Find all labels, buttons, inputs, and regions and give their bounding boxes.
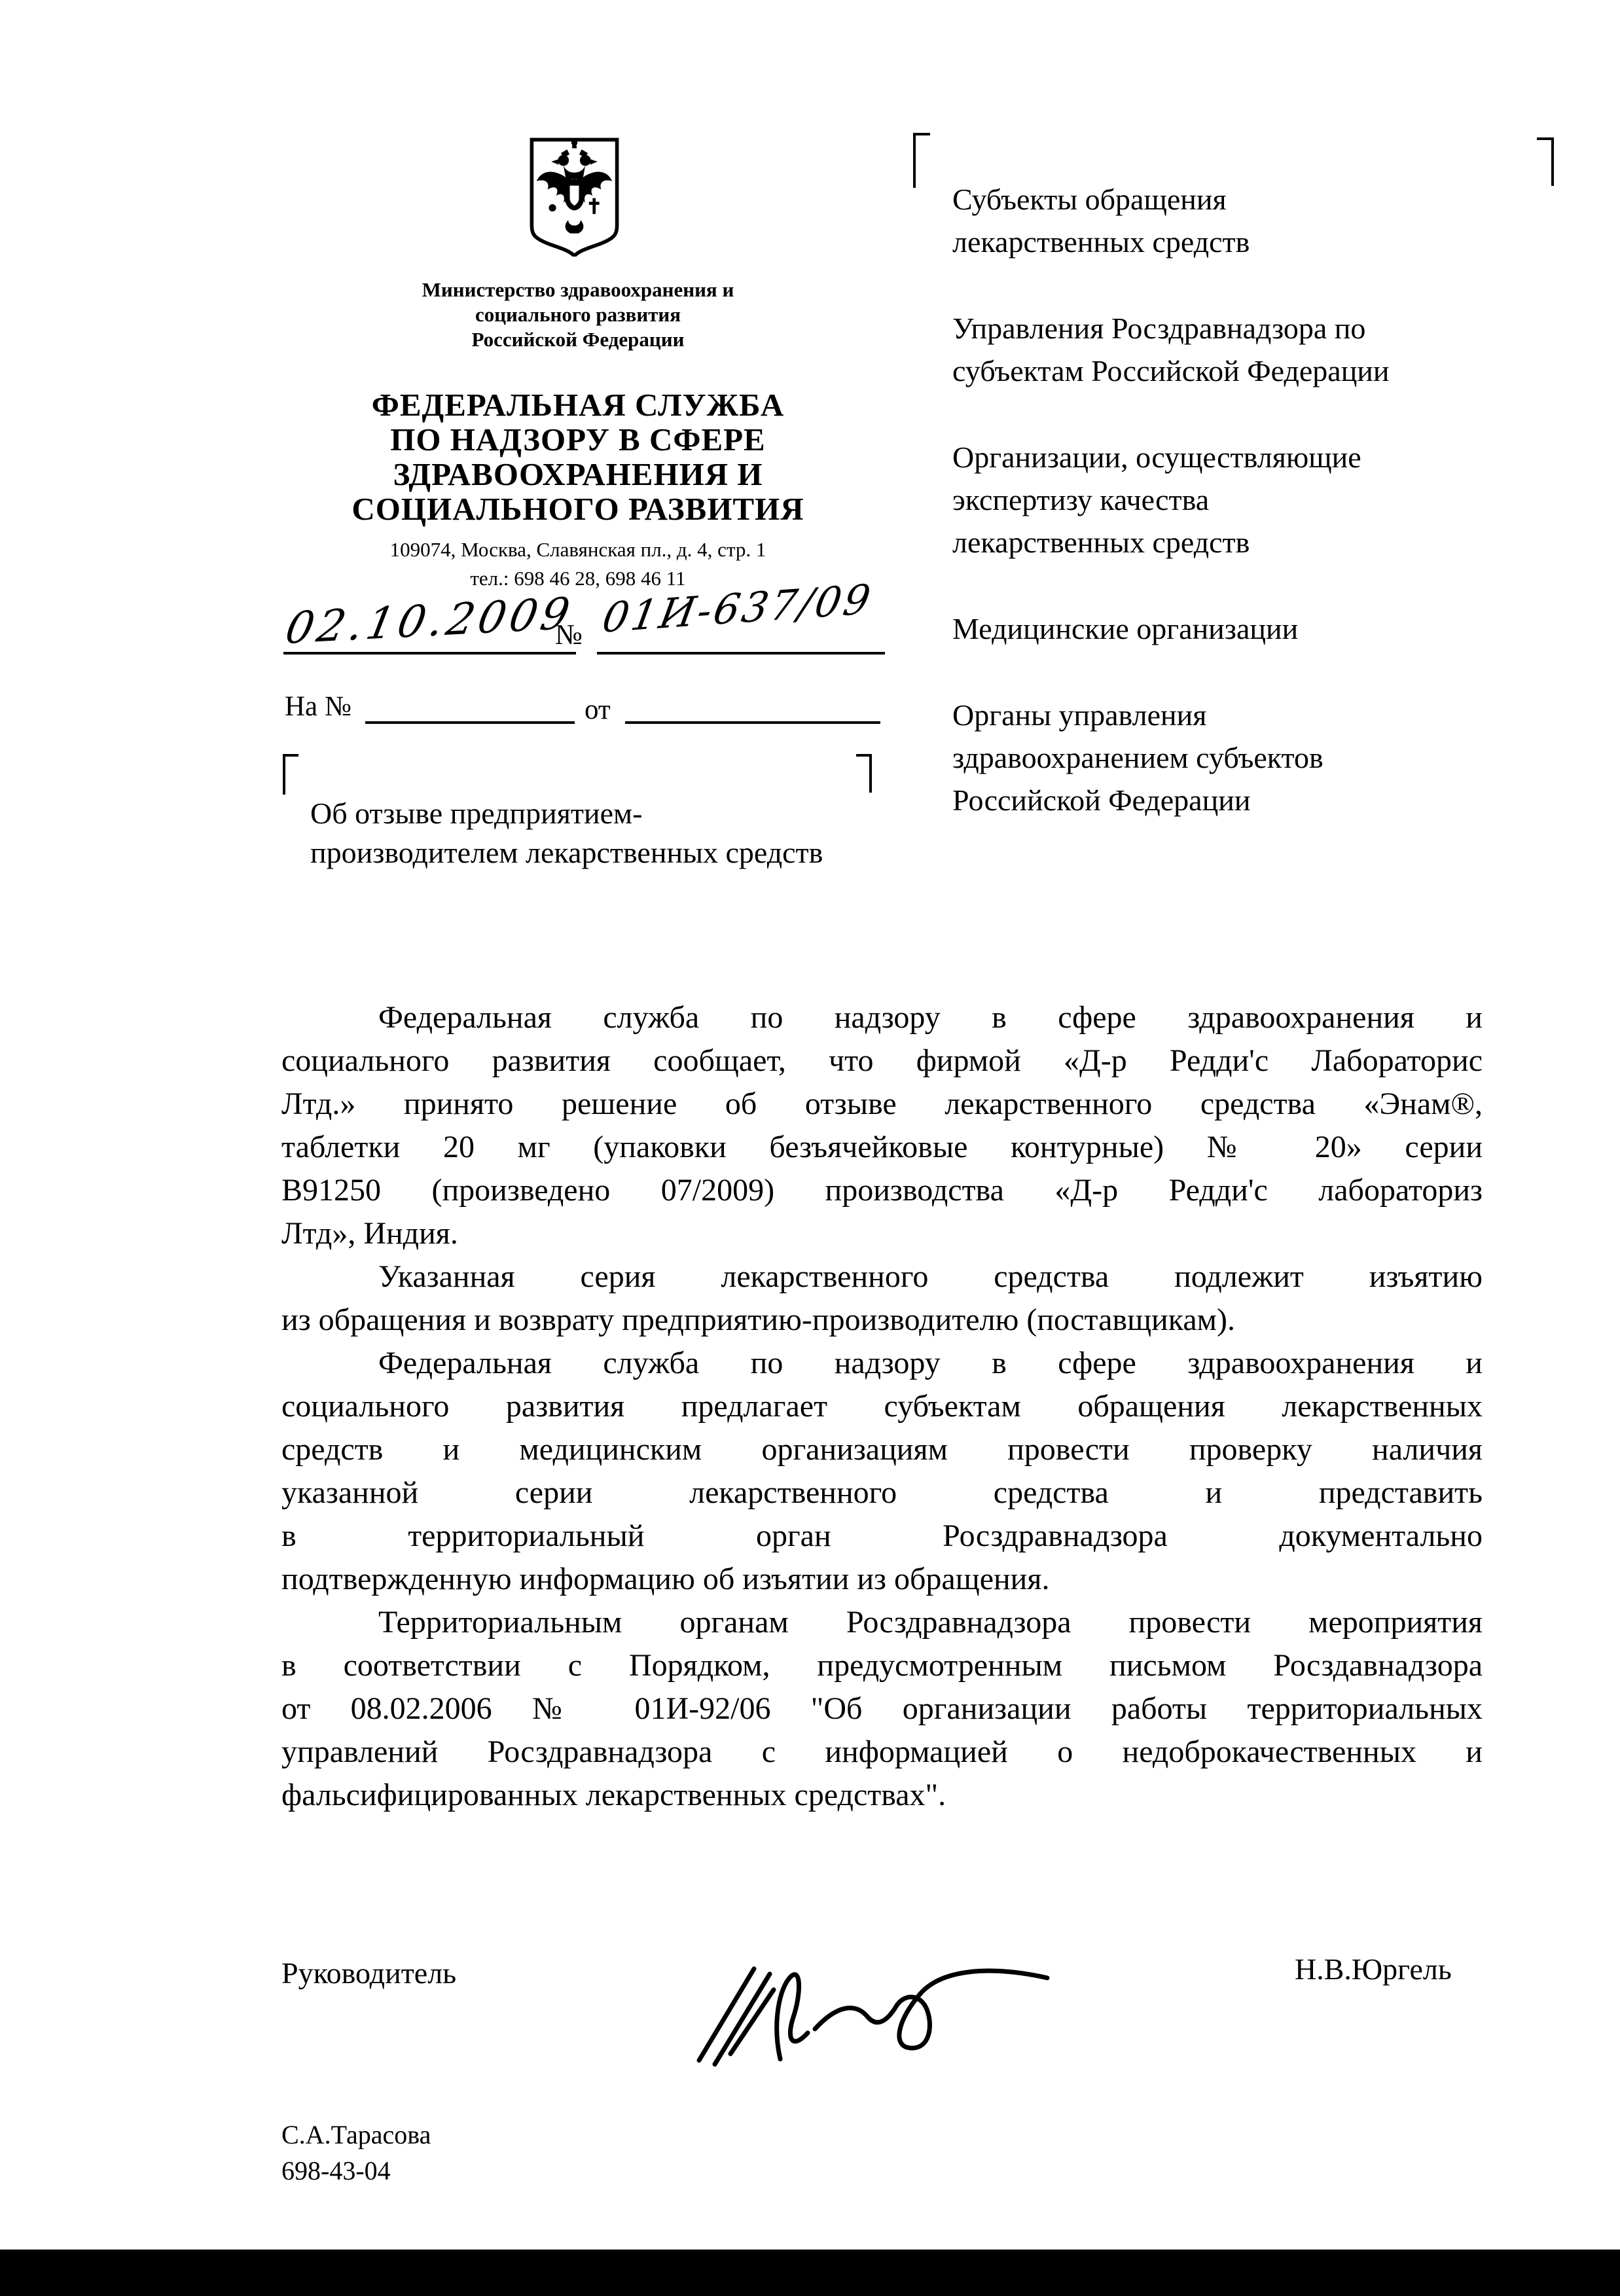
- recipient-block: Органы управленияздравоохранением субъек…: [952, 694, 1541, 821]
- letter-body: Федеральная служба по надзору в сфере зд…: [281, 996, 1483, 1817]
- reply-from-label: от: [585, 694, 611, 726]
- body-line: социального развития предлагает субъекта…: [281, 1385, 1483, 1428]
- recipient-block: Субъекты обращениялекарственных средств: [952, 178, 1541, 263]
- subject-corner-bracket-right-icon: [856, 754, 872, 793]
- body-line: в соответствии с Порядком, предусмотренн…: [281, 1644, 1483, 1687]
- recipient-line: лекарственных средств: [952, 221, 1541, 263]
- body-line: указанной серии лекарственного средства …: [281, 1471, 1483, 1515]
- scanned-letter-page: Министерство здравоохранения исоциальног…: [0, 0, 1620, 2296]
- body-line: социального развития сообщает, что фирмо…: [281, 1039, 1483, 1083]
- scan-artifact-black-bar: [0, 2250, 1620, 2296]
- executor-name: С.А.Тарасова: [281, 2119, 431, 2151]
- number-blank-line: [597, 652, 885, 655]
- text-line: СОЦИАЛЬНОГО РАЗВИТИЯ: [290, 492, 866, 526]
- reply-to-number-label: На №: [285, 691, 351, 723]
- body-line: таблетки 20 мг (упаковки безъячейковые к…: [281, 1126, 1483, 1169]
- body-line: из обращения и возврату предприятию-прои…: [281, 1299, 1483, 1342]
- text-line: ФЕДЕРАЛЬНАЯ СЛУЖБА: [290, 387, 866, 422]
- recipient-line: лекарственных средств: [952, 521, 1541, 564]
- recipient-line: Медицинские организации: [952, 607, 1541, 650]
- handwritten-date: 02.10.2009: [281, 588, 577, 654]
- recipient-line: здравоохранением субъектов: [952, 736, 1541, 779]
- recipient-block: Управления Росздравнадзора посубъектам Р…: [952, 307, 1541, 392]
- body-line: средств и медицинским организациям прове…: [281, 1428, 1483, 1471]
- handwritten-signature-icon: [681, 1950, 1087, 2078]
- text-line: ПО НАДЗОРУ В СФЕРЕ: [290, 422, 866, 457]
- signer-title: Руководитель: [281, 1956, 456, 1990]
- number-sign-label: №: [555, 618, 583, 651]
- body-line: Федеральная служба по надзору в сфере зд…: [281, 996, 1483, 1039]
- body-line: от 08.02.2006 № 01И-92/06 "Об организаци…: [281, 1687, 1483, 1731]
- body-line: в территориальный орган Росздравнадзора …: [281, 1515, 1483, 1558]
- subject-corner-bracket-left-icon: [283, 754, 298, 795]
- text-line: социального развития: [290, 302, 866, 327]
- recipient-line: Российской Федерации: [952, 779, 1541, 821]
- federal-service-name: ФЕДЕРАЛЬНАЯ СЛУЖБАПО НАДЗОРУ В СФЕРЕЗДРА…: [290, 387, 866, 526]
- text-line: Об отзыве предприятием-: [310, 794, 912, 833]
- reply-number-blank-line: [365, 721, 575, 724]
- body-line: подтвержденную информацию об изъятии из …: [281, 1558, 1483, 1601]
- recipient-block: Медицинские организации: [952, 607, 1541, 650]
- text-line: ЗДРАВООХРАНЕНИЯ И: [290, 457, 866, 492]
- body-paragraph: Указанная серия лекарственного средства …: [281, 1255, 1483, 1342]
- executor-phone: 698-43-04: [281, 2155, 391, 2187]
- recipient-line: Органы управления: [952, 694, 1541, 736]
- body-paragraph: Федеральная служба по надзору в сфере зд…: [281, 1342, 1483, 1601]
- body-line: Федеральная служба по надзору в сфере зд…: [281, 1342, 1483, 1385]
- body-line: Лтд», Индия.: [281, 1212, 1483, 1255]
- body-paragraph: Территориальным органам Росздравнадзора …: [281, 1601, 1483, 1817]
- text-line: Министерство здравоохранения и: [290, 278, 866, 302]
- body-line: В91250 (произведено 07/2009) производств…: [281, 1169, 1483, 1212]
- recipient-block: Организации, осуществляющиеэкспертизу ка…: [952, 436, 1541, 564]
- recipient-list: Субъекты обращениялекарственных средствУ…: [952, 178, 1541, 865]
- body-line: Лтд.» принято решение об отзыве лекарств…: [281, 1083, 1483, 1126]
- russia-coat-of-arms-icon: [520, 135, 628, 257]
- body-line: фальсифицированных лекарственных средств…: [281, 1774, 1483, 1817]
- letter-subject: Об отзыве предприятием-производителем ле…: [310, 794, 912, 872]
- recipient-line: Субъекты обращения: [952, 178, 1541, 221]
- body-line: Территориальным органам Росздравнадзора …: [281, 1601, 1483, 1644]
- recipient-corner-bracket-left-icon: [913, 133, 930, 188]
- body-line: Указанная серия лекарственного средства …: [281, 1255, 1483, 1299]
- text-line: Российской Федерации: [290, 327, 866, 352]
- reply-date-blank-line: [625, 721, 880, 724]
- body-paragraph: Федеральная служба по надзору в сфере зд…: [281, 996, 1483, 1255]
- signer-name: Н.В.Юргель: [1295, 1952, 1452, 1986]
- recipient-line: Организации, осуществляющие: [952, 436, 1541, 478]
- letterhead-address-line: 109074, Москва, Славянская пл., д. 4, ст…: [290, 535, 866, 564]
- text-line: производителем лекарственных средств: [310, 833, 912, 872]
- date-blank-line: [283, 652, 576, 655]
- recipient-line: субъектам Российской Федерации: [952, 350, 1541, 392]
- body-line: управлений Росздравнадзора с информацией…: [281, 1731, 1483, 1774]
- ministry-name: Министерство здравоохранения исоциальног…: [290, 278, 866, 352]
- recipient-line: экспертизу качества: [952, 478, 1541, 521]
- recipient-line: Управления Росздравнадзора по: [952, 307, 1541, 350]
